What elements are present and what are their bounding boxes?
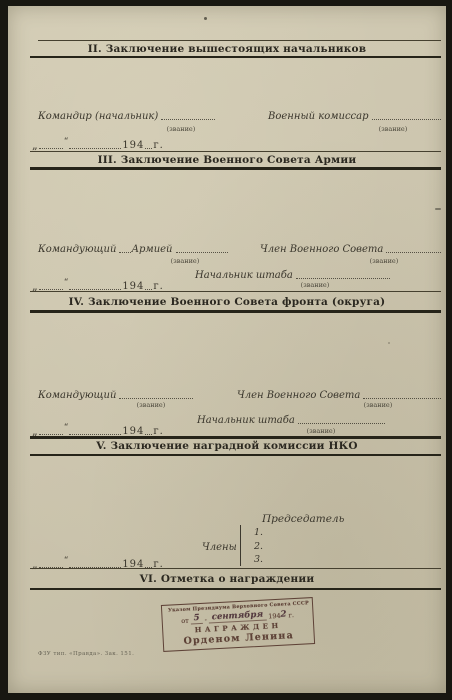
member-item-1: 1. — [254, 527, 263, 538]
close-quote: “ — [64, 138, 69, 147]
council-member-field-row: Член Военного Совета — [237, 390, 441, 401]
fill-line — [119, 252, 131, 253]
commander-label: Командующий — [38, 244, 116, 255]
chief-of-staff-label: Начальник штаба — [195, 270, 293, 281]
fill-line — [145, 289, 152, 290]
fill-line — [69, 434, 121, 435]
fill-line — [39, 289, 63, 290]
divider-line — [30, 588, 441, 591]
handwritten-year-digit: 2 — [280, 611, 286, 619]
fill-line — [161, 119, 215, 120]
fill-line — [176, 252, 228, 253]
year-suffix: г. — [153, 141, 163, 151]
council-member-label: Член Военного Совета — [237, 390, 360, 401]
award-stamp: Указом Президиума Верховного Совета СССР… — [161, 597, 315, 652]
divider-line — [30, 56, 441, 59]
front-commander-field-row: Командующий — [38, 390, 193, 401]
stamp-year-suffix: г. — [288, 612, 294, 619]
chief-of-staff-field-row: Начальник штаба — [195, 270, 390, 281]
paper-speck — [204, 17, 207, 20]
fill-line — [296, 278, 390, 279]
scanned-document: II. Заключение вышестоящих начальников К… — [0, 0, 452, 700]
year-suffix: г. — [153, 560, 163, 570]
stamp-dash: - — [205, 617, 208, 624]
fill-line — [363, 398, 441, 399]
rank-hint: (звание) — [155, 257, 215, 265]
chairman-label: Председатель — [262, 513, 344, 525]
commander-field-row: Командир (начальник) — [38, 111, 215, 122]
army-label: Армией — [131, 244, 172, 255]
commander-label: Командир (начальник) — [38, 111, 158, 122]
divider-line — [30, 454, 441, 457]
commander-label: Командующий — [38, 390, 116, 401]
divider-line — [38, 40, 441, 41]
chief-of-staff-field-row: Начальник штаба — [197, 415, 385, 426]
divider-line — [30, 436, 441, 439]
stamp-year-printed: 194 — [268, 613, 281, 620]
paper-speck — [388, 342, 390, 344]
divider-line — [30, 310, 441, 313]
council-member-label: Член Военного Совета — [260, 244, 383, 255]
rank-hint: (звание) — [285, 281, 345, 289]
handwritten-month: сентября — [212, 612, 264, 622]
fill-line — [69, 148, 121, 149]
handwritten-day: 5 — [194, 615, 200, 623]
army-commander-field-row: Командующий Армией — [38, 244, 228, 255]
rank-hint: (звание) — [151, 125, 211, 133]
close-quote: “ — [64, 424, 69, 433]
stamp-day-blank: 5 — [190, 614, 202, 624]
divider-line — [30, 291, 441, 292]
chief-of-staff-label: Начальник штаба — [197, 415, 295, 426]
stamp-from-label: от — [181, 618, 189, 625]
year-prefix: 194 — [122, 141, 144, 151]
council-member-field-row: Член Военного Совета — [260, 244, 441, 255]
rank-hint: (звание) — [121, 401, 181, 409]
fill-line — [39, 148, 63, 149]
divider-line — [30, 151, 441, 152]
fill-line — [145, 434, 152, 435]
divider-line — [30, 167, 441, 170]
commissar-field-row: Военный комиссар — [268, 111, 441, 122]
fill-line — [386, 252, 441, 253]
fill-line — [119, 398, 193, 399]
section-iv-heading: IV. Заключение Военного Совета фронта (о… — [8, 296, 446, 308]
printing-note: ФЗУ тип. «Правда». Зак. 151. — [38, 651, 134, 657]
rank-hint: (звание) — [348, 401, 408, 409]
close-quote: “ — [64, 557, 69, 566]
close-quote: “ — [64, 279, 69, 288]
fill-line — [39, 434, 63, 435]
member-item-3: 3. — [254, 554, 263, 565]
award-sheet-page: II. Заключение вышестоящих начальников К… — [8, 6, 446, 693]
section-vi-heading: VI. Отметка о награждении — [8, 573, 446, 585]
members-bracket — [240, 525, 241, 566]
rank-hint: (звание) — [363, 125, 423, 133]
section-ii-heading: II. Заключение вышестоящих начальников — [8, 43, 446, 55]
section-v-heading: V. Заключение наградной комиссии НКО — [8, 440, 446, 452]
fill-line — [69, 289, 121, 290]
rank-hint: (звание) — [291, 427, 351, 435]
date-line: „ “ 194 г. — [32, 138, 164, 151]
divider-line — [30, 568, 441, 569]
fill-line — [298, 423, 385, 424]
year-prefix: 194 — [122, 560, 144, 570]
commissar-label: Военный комиссар — [268, 111, 369, 122]
open-quote: „ — [32, 140, 38, 151]
rank-hint: (звание) — [354, 257, 414, 265]
section-iii-heading: III. Заключение Военного Совета Армии — [8, 154, 446, 166]
paper-speck — [435, 208, 441, 210]
members-label: Члены — [202, 542, 237, 553]
member-item-2: 2. — [254, 541, 263, 552]
fill-line — [372, 119, 441, 120]
fill-line — [145, 148, 152, 149]
